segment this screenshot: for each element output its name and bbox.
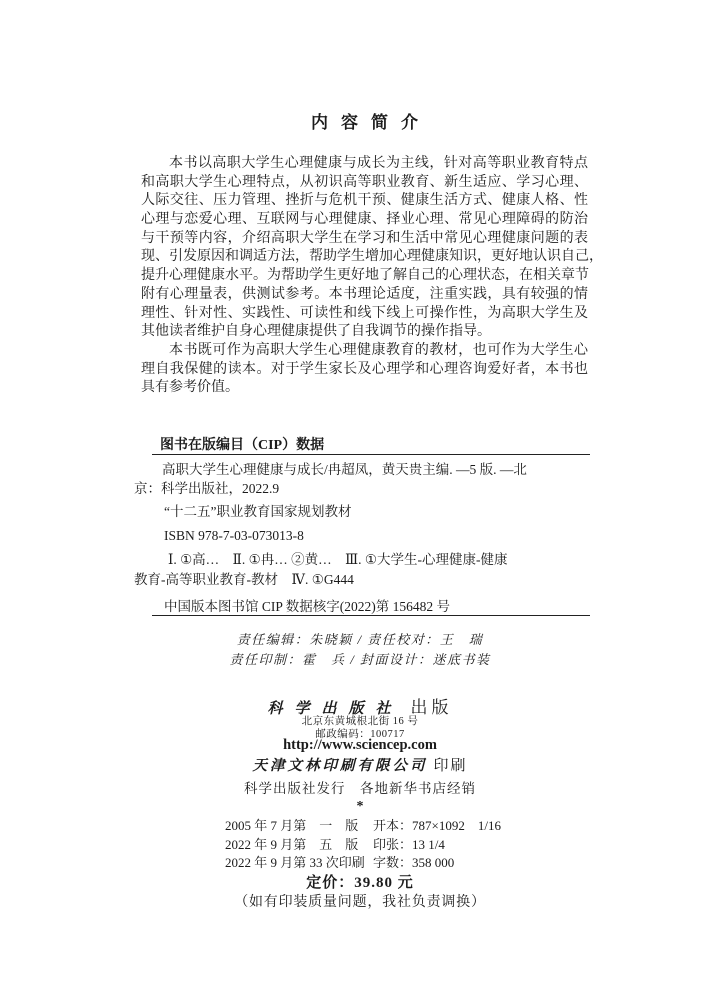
edition-row: 2022 年 9 月第 五 版 印张：13 1/4 <box>225 836 515 855</box>
intro-line: 现、引发原因和调适方法，帮助学生增加心理健康知识，更好地认识自己， <box>141 248 588 267</box>
intro-line: 其他读者维护自身心理健康提供了自我调节的操作指导。 <box>141 323 588 342</box>
format-spec: 开本：787×1092 1/16 <box>373 817 515 836</box>
publisher-website: http://www.sciencep.com <box>0 737 720 754</box>
intro-line: 理性、针对性、实践性、可读性和线下线上可操作性，为高职大学生及 <box>141 305 588 324</box>
colophon: 2005 年 7 月第 一 版 开本：787×1092 1/16 2022 年 … <box>225 817 515 873</box>
cip-rule-top <box>152 454 590 455</box>
intro-line: 和高职大学生心理特点，从初识高等职业教育、新生适应、学习心理、 <box>141 174 588 193</box>
intro-line: 本书既可作为高职大学生心理健康教育的教材，也可作为大学生心 <box>141 342 588 361</box>
intro-line: 人际交往、压力管理、挫折与危机干预、健康生活方式、健康人格、性 <box>141 192 588 211</box>
intro-line: 附有心理量表，供测试参考。本书理论适度，注重实践，具有较强的情 <box>141 286 588 305</box>
star-divider: * <box>0 799 720 815</box>
printer-name: 天津文林印刷有限公司 <box>252 758 427 774</box>
cip-series-line: “十二五”职业教育国家规划教材 <box>164 503 351 520</box>
distribution-line: 科学出版社发行 各地新华书店经销 <box>0 777 720 797</box>
edition-row: 2022 年 9 月第 33 次印刷 字数：358 000 <box>225 854 515 873</box>
intro-line: 与干预等内容，介绍高职大学生在学习和生活中常见心理健康问题的表 <box>141 230 588 249</box>
price-line: 定价：39.80 元 <box>0 871 720 892</box>
intro-line: 本书以高职大学生心理健康与成长为主线，针对高等职业教育特点 <box>141 155 588 174</box>
cip-classification-line: 教育-高等职业教育-教材 Ⅳ. ①G444 <box>134 571 354 588</box>
intro-line: 心理与恋爱心理、互联网与心理健康、择业心理、常见心理障碍的防治 <box>141 211 588 230</box>
copyright-page: 内容简介 本书以高职大学生心理健康与成长为主线，针对高等职业教育特点 和高职大学… <box>0 0 720 1000</box>
isbn-line: ISBN 978-7-03-073013-8 <box>164 527 304 544</box>
intro-line: 提升心理健康水平。为帮助学生更好地了解自己的心理状态，在相关章节 <box>141 267 588 286</box>
edition-date: 2022 年 9 月第 五 版 <box>225 836 373 855</box>
sheets-spec: 印张：13 1/4 <box>373 836 515 855</box>
page-title: 内容简介 <box>141 108 588 133</box>
cip-record-number: 中国版本图书馆 CIP 数据核字(2022)第 156482 号 <box>164 598 450 615</box>
cip-title-line: 京：科学出版社，2022.9 <box>134 480 279 497</box>
edition-date: 2005 年 7 月第 一 版 <box>225 817 373 836</box>
intro-line: 理自我保健的读本。对于学生家长及心理学和心理咨询爱好者，本书也 <box>141 361 588 380</box>
printer-line: 天津文林印刷有限公司印刷 <box>0 754 720 775</box>
cip-heading: 图书在版编目（CIP）数据 <box>160 434 324 454</box>
print-label: 印刷 <box>433 758 467 774</box>
quality-note: （如有印装质量问题，我社负责调换） <box>0 891 720 911</box>
cip-classification-line: Ⅰ. ①高… Ⅱ. ①冉… ②黄… Ⅲ. ①大学生-心理健康-健康 <box>168 551 507 568</box>
printing-date: 2022 年 9 月第 33 次印刷 <box>225 854 373 873</box>
cip-title-line: 高职大学生心理健康与成长/冉超凤，黄天贵主编. —5 版. —北 <box>162 461 527 478</box>
staff-editors-line: 责任编辑：朱晓颖 / 责任校对：王 瑞 <box>0 629 720 648</box>
cip-rule-bottom <box>152 615 590 616</box>
staff-design-line: 责任印制：霍 兵 / 封面设计：迷底书装 <box>0 649 720 668</box>
intro-paragraphs: 本书以高职大学生心理健康与成长为主线，针对高等职业教育特点 和高职大学生心理特点… <box>141 155 588 398</box>
intro-line: 具有参考价值。 <box>141 379 588 398</box>
edition-row: 2005 年 7 月第 一 版 开本：787×1092 1/16 <box>225 817 515 836</box>
wordcount-spec: 字数：358 000 <box>373 854 515 873</box>
